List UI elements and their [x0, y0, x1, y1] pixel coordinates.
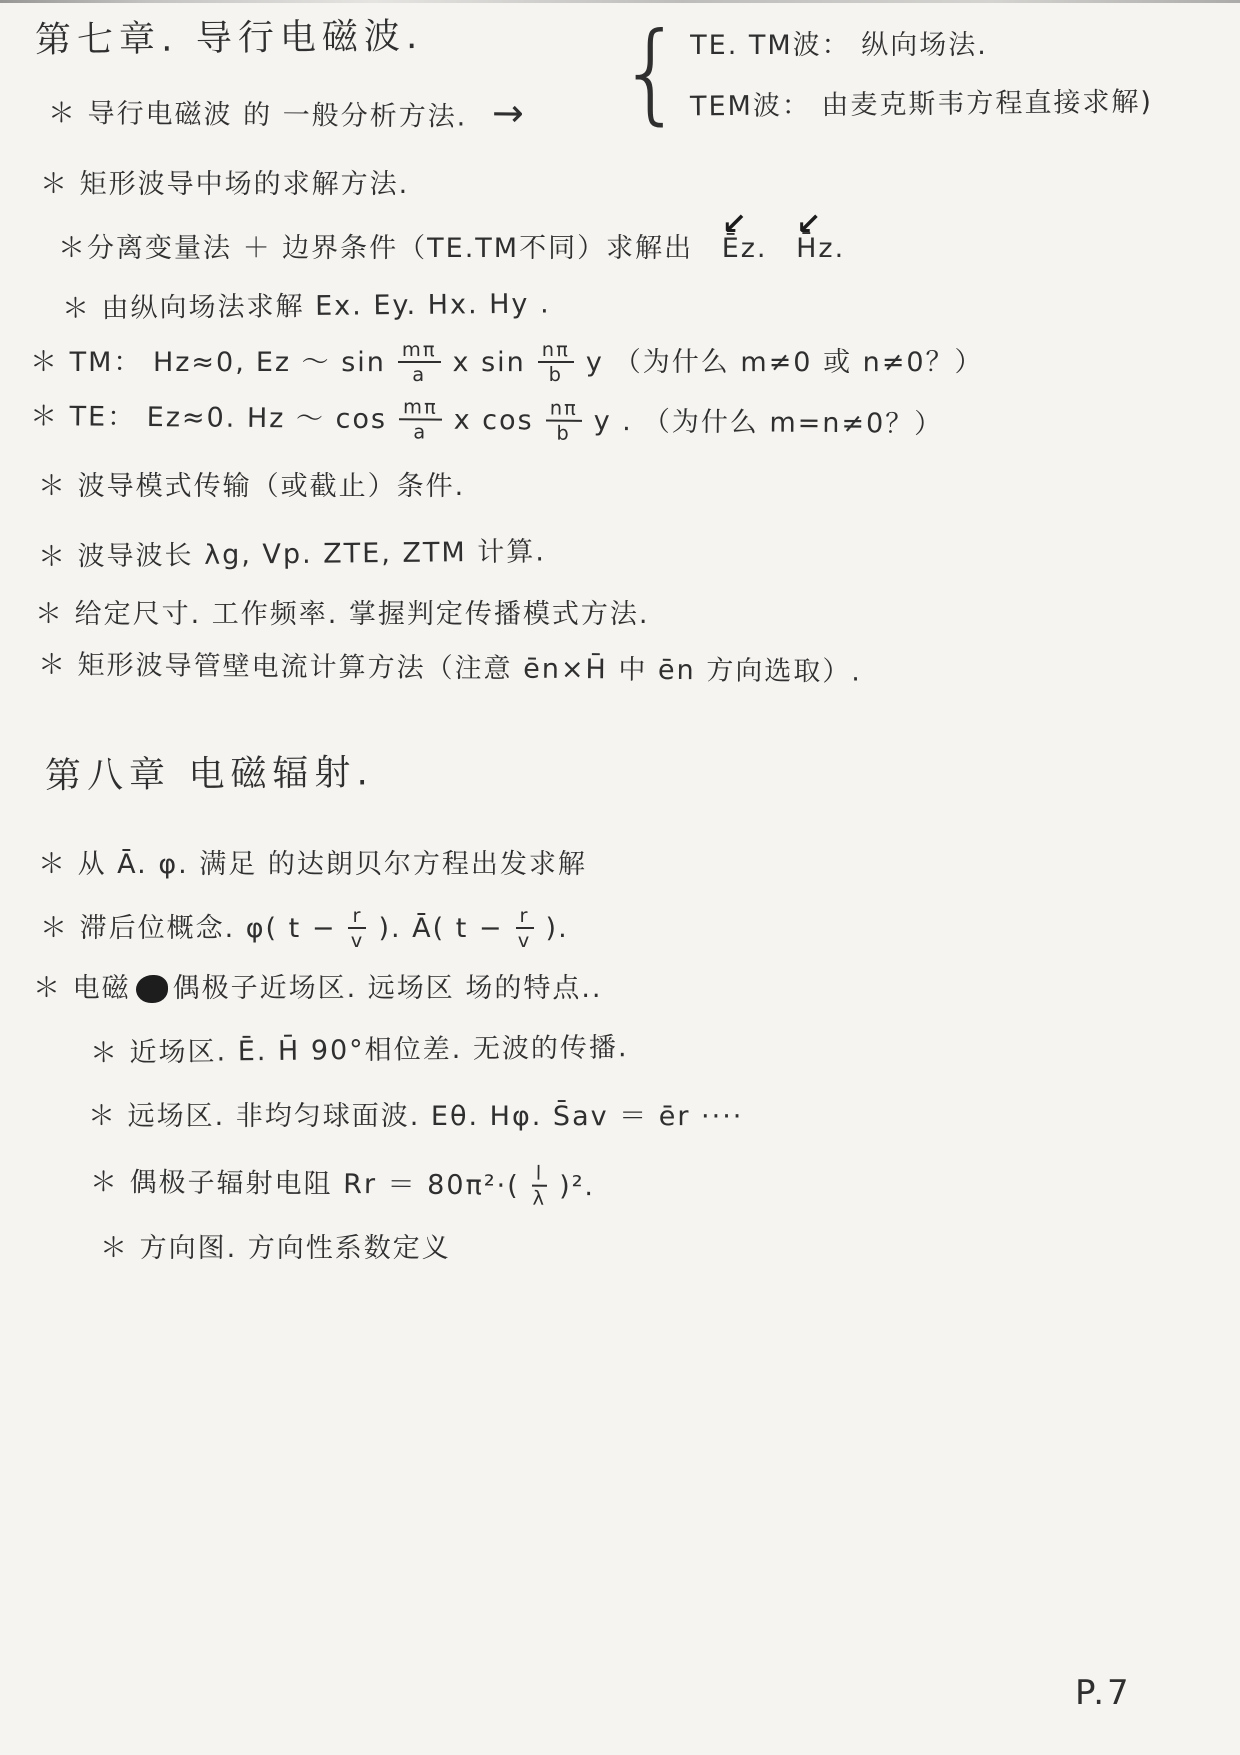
far-field-line: ＊ 远场区. 非均匀球面波. Eθ. Hφ. S̄av ＝ ēr ···· [88, 1100, 743, 1134]
fraction-m-pi-a: mπa [399, 397, 442, 442]
right-arrow-icon: → [492, 91, 526, 135]
fraction-r-v: rv [348, 906, 366, 951]
wall-current-line: ＊ 矩形波导管壁电流计算方法（注意 ēn×H̄ 中 ēn 方向选取）. [38, 648, 862, 689]
longitudinal-field-line: ＊ 由纵向场法求解 Ex. Ey. Hx. Hy . [62, 287, 551, 326]
te-mid: x cos [453, 403, 533, 437]
direction-pattern-line: ＊ 方向图. 方向性系数定义 [100, 1232, 451, 1266]
vector-arrow-icon: ↙ [722, 206, 749, 244]
te-mode-line: ＊ TE： Ez≈0. Hz ～ cos mπa x cos nπb y . （… [30, 394, 944, 447]
separation-variables-line: ＊分离变量法 ＋ 边界条件（TE.TM不同）求解出 ↙ Ēz. ↙ H̄z. [58, 232, 845, 266]
given-size-frequency-line: ＊ 给定尺寸. 工作频率. 掌握判定传播模式方法. [35, 598, 650, 632]
fraction-r-v: rv [516, 906, 534, 951]
retarded-mid: ). Ā( t − [378, 912, 503, 946]
dalembert-line: ＊ 从 Ā. φ. 满足 的达朗贝尔方程出发求解 [38, 848, 587, 882]
tm-head: ＊ TM： Hz≈0, [30, 346, 246, 380]
dipole-pre: ＊ 电磁 [33, 973, 131, 1004]
scribble-blob [136, 975, 168, 1003]
tm-mode-line: ＊ TM： Hz≈0, Ez ～ sin mπa x sin nπb y （为什… [30, 340, 984, 385]
radiation-resistance-line: ＊ 偶极子辐射电阻 Rr ＝ 80π²·( lλ )². [90, 1160, 595, 1209]
ez-symbol: ↙ Ēz. [722, 232, 768, 266]
case-te-tm: TE. TM波： 纵向场法. [690, 23, 1153, 62]
te-head: ＊ TE： Ez≈0. Hz ～ cos [30, 400, 387, 437]
notebook-page: 第七章. 导行电磁波. ＊ 导行电磁波 的 一般分析方法. → { TE. TM… [0, 0, 1240, 1755]
hz-symbol: ↙ H̄z. [796, 232, 845, 266]
retarded-end: ). [546, 912, 569, 946]
te-tail: y . [594, 404, 633, 438]
chapter7-general-method-line: ＊ 导行电磁波 的 一般分析方法. → [48, 86, 526, 138]
brace-icon: { [618, 17, 684, 126]
tm-tail: y [586, 346, 604, 380]
te-tm-cases-group: { TE. TM波： 纵向场法. TEM波： 由麦克斯韦方程直接求解) [618, 20, 1153, 124]
rad-res-pre: ＊ 偶极子辐射电阻 Rr ＝ 80π²·( [90, 1165, 520, 1202]
near-field-line: ＊ 近场区. Ē. H̄ 90°相位差. 无波的传播. [90, 1031, 629, 1070]
dipole-field-regions-line: ＊ 电磁偶极子近场区. 远场区 场的特点.. [33, 972, 603, 1006]
guide-wavelength-line: ＊ 波导波长 λg, Vp. ZTE, ZTM 计算. [38, 535, 546, 574]
te-note: （为什么 m=n≠0？） [643, 405, 944, 441]
fraction-n-pi-b: nπb [538, 340, 574, 385]
rect-waveguide-solve-line: ＊ 矩形波导中场的求解方法. [40, 168, 409, 202]
scan-artifact [0, 0, 1240, 3]
general-method-text: ＊ 导行电磁波 的 一般分析方法. [48, 98, 468, 133]
retarded-pre: ＊ 滞后位概念. φ( t − [40, 912, 336, 946]
fraction-m-pi-a: mπa [398, 340, 441, 385]
chapter8-title: 第八章 电磁辐射. [45, 750, 374, 798]
rad-res-end: )². [559, 1169, 595, 1203]
separation-text: ＊分离变量法 ＋ 边界条件（TE.TM不同）求解出 [58, 233, 693, 264]
case-tem: TEM波： 由麦克斯韦方程直接求解) [690, 80, 1153, 124]
vector-arrow-icon: ↙ [796, 206, 823, 244]
page-number: P.7 [1075, 1672, 1132, 1715]
tm-mid: x sin [453, 346, 526, 380]
fraction-l-lambda: lλ [532, 1164, 548, 1209]
tm-relation: Ez ～ sin [256, 346, 386, 380]
retarded-potential-line: ＊ 滞后位概念. φ( t − rv ). Ā( t − rv ). [40, 906, 569, 951]
dipole-post: 偶极子近场区. 远场区 场的特点.. [173, 973, 603, 1004]
tm-note: （为什么 m≠0 或 n≠0？） [614, 346, 984, 380]
mode-transmission-line: ＊ 波导模式传输（或截止）条件. [38, 470, 465, 504]
chapter7-title: 第七章. 导行电磁波. [35, 14, 424, 63]
fraction-n-pi-b: nπb [545, 399, 581, 444]
